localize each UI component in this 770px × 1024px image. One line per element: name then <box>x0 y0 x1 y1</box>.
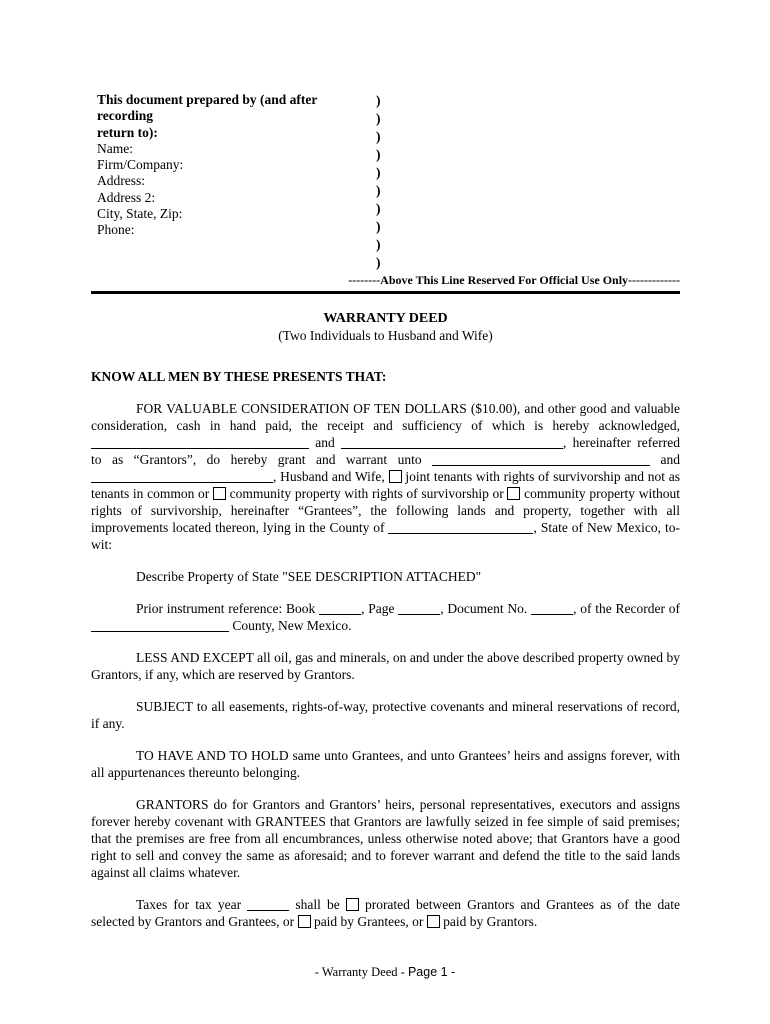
paren-mark: ) <box>376 254 381 272</box>
taxes-paragraph: Taxes for tax year shall be prorated bet… <box>91 896 680 930</box>
paren-mark: ) <box>376 164 381 182</box>
divider-rule <box>91 291 680 294</box>
consideration-paragraph: FOR VALUABLE CONSIDERATION OF TEN DOLLAR… <box>91 400 680 553</box>
recording-field-label: Address 2: <box>97 190 376 206</box>
recorder-county-blank[interactable] <box>91 619 229 632</box>
footer-doc-label: - Warranty Deed - <box>315 965 408 979</box>
deed-body: FOR VALUABLE CONSIDERATION OF TEN DOLLAR… <box>91 400 680 930</box>
paren-mark: ) <box>376 218 381 236</box>
recording-field-label: Name: <box>97 141 376 157</box>
community-property-no-survivorship-checkbox[interactable] <box>507 487 520 500</box>
paren-mark: ) <box>376 146 381 164</box>
paren-mark: ) <box>376 182 381 200</box>
grantor-2-blank[interactable] <box>341 436 563 449</box>
taxes-paid-by-grantors-checkbox[interactable] <box>427 915 440 928</box>
subject-paragraph: SUBJECT to all easements, rights-of-way,… <box>91 698 680 732</box>
recording-heading-line-1: This document prepared by (and after rec… <box>97 92 376 125</box>
document-page: This document prepared by (and after rec… <box>0 0 770 1024</box>
footer-page-label: Page 1 - <box>408 965 455 979</box>
county-blank[interactable] <box>388 521 533 534</box>
paren-mark: ) <box>376 236 381 254</box>
grantors-covenant-paragraph: GRANTORS do for Grantors and Grantors’ h… <box>91 796 680 881</box>
recording-block: This document prepared by (and after rec… <box>91 92 680 272</box>
page-footer: - Warranty Deed - Page 1 - <box>0 965 770 980</box>
paren-mark: ) <box>376 110 381 128</box>
prior-instrument-paragraph: Prior instrument reference: Book , Page … <box>91 600 680 634</box>
page-blank[interactable] <box>398 602 440 615</box>
grantee-2-blank[interactable] <box>91 470 273 483</box>
official-use-divider-label: --------Above This Line Reserved For Off… <box>91 273 680 288</box>
to-have-and-hold-paragraph: TO HAVE AND TO HOLD same unto Grantees, … <box>91 747 680 781</box>
paren-mark: ) <box>376 200 381 218</box>
joint-tenants-checkbox[interactable] <box>389 470 402 483</box>
paren-mark: ) <box>376 128 381 146</box>
tax-year-blank[interactable] <box>247 898 289 911</box>
less-and-except-paragraph: LESS AND EXCEPT all oil, gas and mineral… <box>91 649 680 683</box>
document-title: WARRANTY DEED <box>91 310 680 327</box>
document-no-blank[interactable] <box>531 602 573 615</box>
document-subtitle: (Two Individuals to Husband and Wife) <box>91 327 680 344</box>
describe-property-line: Describe Property of State "SEE DESCRIPT… <box>91 568 680 585</box>
recording-field-labels: Name:Firm/Company:Address:Address 2:City… <box>97 141 376 239</box>
recording-field-label: City, State, Zip: <box>97 206 376 222</box>
grantee-1-blank[interactable] <box>432 453 650 466</box>
recording-field-label: Phone: <box>97 222 376 238</box>
paren-column: )))))))))) <box>376 92 381 272</box>
paren-mark: ) <box>376 92 381 110</box>
book-blank[interactable] <box>319 602 361 615</box>
opening-heading: KNOW ALL MEN BY THESE PRESENTS THAT: <box>91 368 680 385</box>
recording-labels: This document prepared by (and after rec… <box>97 92 376 272</box>
community-property-survivorship-checkbox[interactable] <box>213 487 226 500</box>
grantor-1-blank[interactable] <box>91 436 309 449</box>
taxes-prorated-checkbox[interactable] <box>346 898 359 911</box>
recording-heading-line-2: return to): <box>97 125 376 141</box>
recording-field-label: Firm/Company: <box>97 157 376 173</box>
recording-field-label: Address: <box>97 173 376 189</box>
taxes-paid-by-grantees-checkbox[interactable] <box>298 915 311 928</box>
